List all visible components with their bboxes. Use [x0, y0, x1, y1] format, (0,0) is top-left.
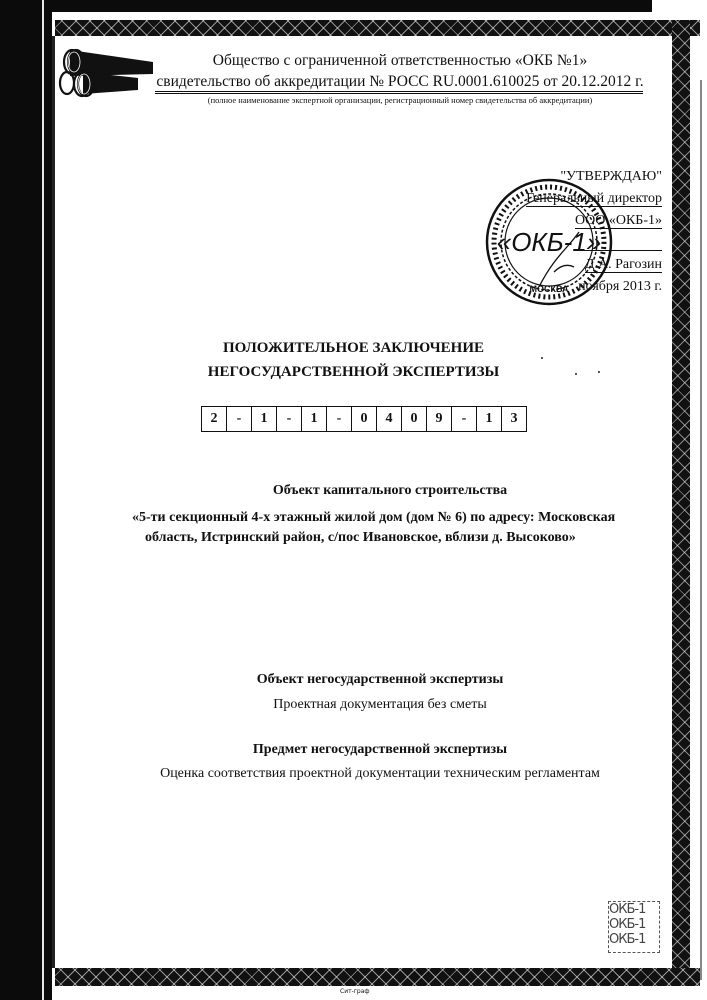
page-edge: [700, 80, 702, 980]
registration-digit-cell: -: [227, 407, 252, 432]
registration-digit-cell: 0: [402, 407, 427, 432]
top-binding-strip: [52, 0, 652, 12]
registration-digit-cell: 3: [502, 407, 527, 432]
registration-digit-cell: 1: [477, 407, 502, 432]
expertise-object-text: Проектная документация без сметы: [0, 697, 707, 713]
ornamental-border-right: [672, 20, 690, 986]
document-title-line2: НЕГОСУДАРСТВЕННОЙ ЭКСПЕРТИЗЫ: [0, 364, 707, 381]
registration-number-grid: 2-1-1-0409-13: [201, 406, 527, 432]
capital-object-heading: Объект капитального строительства: [0, 483, 707, 499]
ornamental-border-bottom: [55, 968, 700, 986]
expertise-object-heading: Объект негосударственной экспертизы: [0, 672, 707, 688]
ornamental-border-left: [52, 36, 55, 968]
scan-speck: [598, 371, 600, 373]
registration-digit-cell: 9: [427, 407, 452, 432]
scan-speck: [541, 357, 543, 359]
registration-digit-cell: 0: [352, 407, 377, 432]
accreditation-certificate: свидетельство об аккредитации № РОСС RU.…: [150, 73, 650, 91]
registration-digit-cell: -: [452, 407, 477, 432]
company-seal-stamp: «ОКБ-1» МОСКВА: [484, 177, 614, 307]
registration-digit-cell: -: [327, 407, 352, 432]
header-rule: [155, 91, 643, 92]
registration-digit-cell: 4: [377, 407, 402, 432]
svg-text:МОСКВА: МОСКВА: [529, 284, 569, 294]
header-rule-secondary: [155, 93, 643, 94]
registration-digit-cell: 2: [202, 407, 227, 432]
binding-strip: [0, 0, 52, 1000]
registration-digit-cell: 1: [302, 407, 327, 432]
ornamental-border-top: [55, 20, 700, 36]
capital-object-line1: «5-ти секционный 4-х этажный жилой дом (…: [132, 508, 692, 528]
pipes-logo-icon: [58, 48, 153, 98]
registration-digit-cell: -: [277, 407, 302, 432]
capital-object-line2: область, Истринский район, с/пос Ивановс…: [132, 528, 692, 548]
corner-stamp: ОКБ-1 ОКБ-1 ОКБ-1: [608, 901, 660, 953]
organization-name: Общество с ограниченной ответственностью…: [150, 52, 650, 70]
printer-mark: Сит-граф: [340, 988, 370, 995]
expertise-subject-heading: Предмет негосударственной экспертизы: [0, 742, 707, 758]
capital-object-description: «5-ти секционный 4-х этажный жилой дом (…: [132, 508, 692, 548]
header-caption: (полное наименование экспертной организа…: [150, 95, 650, 105]
expertise-subject-text: Оценка соответствия проектной документац…: [0, 766, 707, 782]
svg-text:«ОКБ-1»: «ОКБ-1»: [497, 227, 602, 257]
binding-divider: [42, 0, 44, 1000]
document-title-line1: ПОЛОЖИТЕЛЬНОЕ ЗАКЛЮЧЕНИЕ: [0, 340, 707, 357]
scan-speck: [575, 373, 577, 375]
registration-digit-cell: 1: [252, 407, 277, 432]
